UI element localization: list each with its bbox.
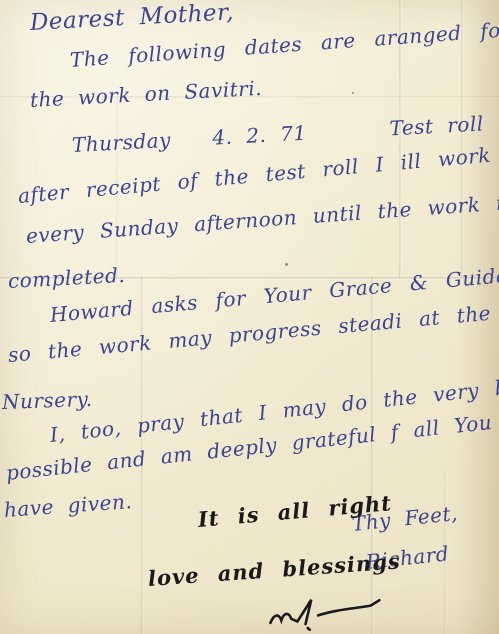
reply-annotation-line: love and blessings (147, 550, 401, 589)
body-line: have given. (3, 491, 132, 520)
body-line: Nursery. (2, 389, 93, 412)
paper-speck (352, 92, 354, 94)
body-line: completed. (7, 265, 125, 291)
salutation: Dearest Mother, (29, 1, 234, 35)
paper-speck (285, 263, 288, 266)
signature-flourish (265, 593, 387, 633)
body-line: the work on Savitri. (29, 78, 262, 110)
handwritten-letter: Dearest Mother, The following dates are … (0, 0, 499, 634)
